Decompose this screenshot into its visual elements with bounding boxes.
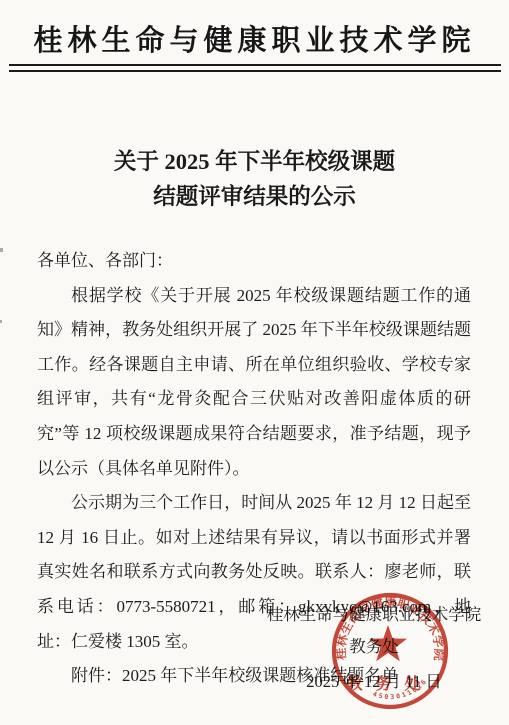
paragraph-1: 根据学校《关于开展 2025 年校级课题结题工作的通知》精神，教务处组织开展了 … [37, 279, 471, 487]
document-page: 桂林生命与健康职业技术学院 关于 2025 年下半年校级课题 结题评审结果的公示… [0, 0, 509, 725]
signature-date: 2025 年 12 月 11 日 [263, 668, 485, 695]
scan-artifact [0, 320, 2, 323]
salutation: 各单位、各部门： [37, 244, 471, 279]
letterhead-divider [9, 64, 501, 72]
document-title-line1: 关于 2025 年下半年校级课题 [0, 144, 509, 179]
signature-block: 桂林生命与健康职业技术学院 教务处 2025 年 12 月 11 日 [263, 601, 485, 695]
letterhead-title: 桂林生命与健康职业技术学院 [0, 0, 509, 59]
signature-organization: 桂林生命与健康职业技术学院 [263, 601, 485, 628]
document-title-line2: 结题评审结果的公示 [0, 179, 509, 214]
document-title: 关于 2025 年下半年校级课题 结题评审结果的公示 [0, 144, 509, 214]
scan-artifact [0, 248, 3, 252]
signature-department: 教务处 [263, 633, 485, 660]
